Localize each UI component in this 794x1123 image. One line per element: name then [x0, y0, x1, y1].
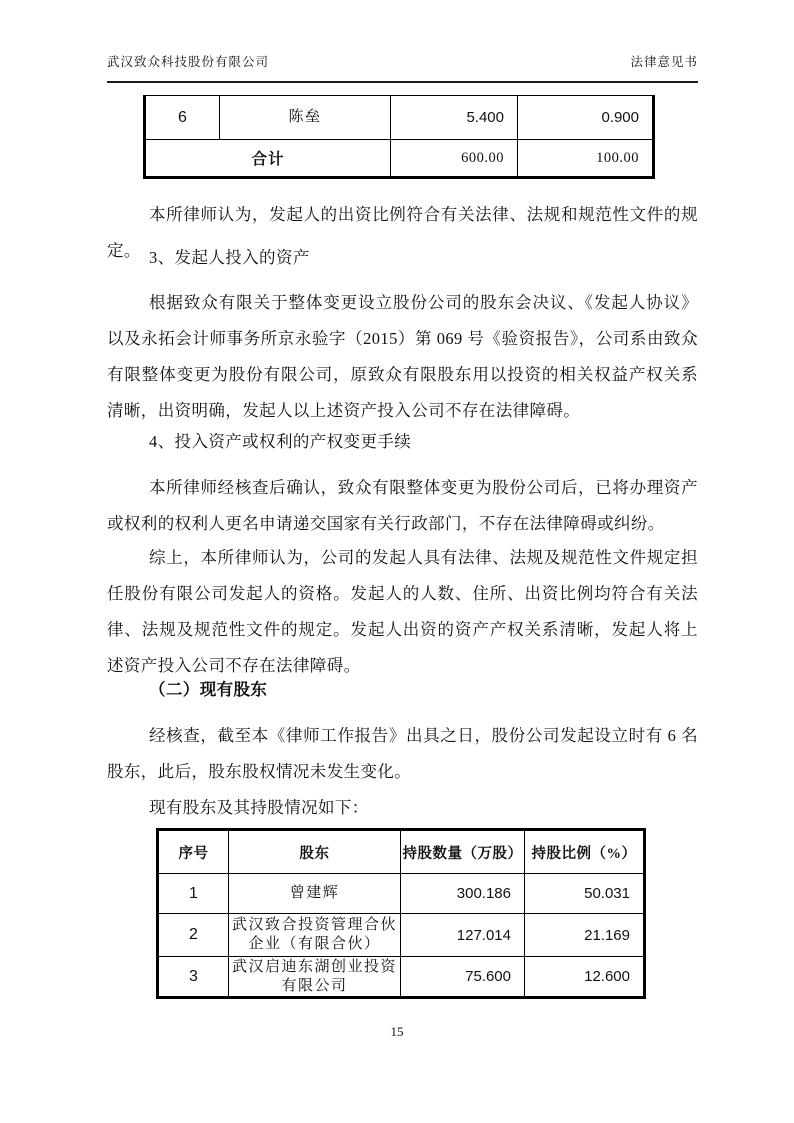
total-label: 合计: [145, 140, 391, 178]
shareholder-shares: 300.186: [401, 874, 525, 914]
shareholder-name: 武汉致合投资管理合伙企业（有限合伙）: [229, 914, 401, 957]
paragraph-transfer-detail: 本所律师经核查后确认，致众有限整体变更为股份公司后，已将办理资产或权利的权利人更…: [107, 470, 698, 542]
page-number: 15: [0, 1024, 794, 1040]
table-total-row: 合计 600.00 100.00: [145, 140, 654, 178]
table-header-row: 序号 股东 持股数量（万股） 持股比例（%）: [158, 830, 645, 874]
shareholder-index: 1: [158, 874, 229, 914]
shareholder-ratio: 12.600: [525, 957, 645, 998]
table-row: 3 武汉启迪东湖创业投资有限公司 75.600 12.600: [158, 957, 645, 998]
shareholder-name: 武汉启迪东湖创业投资有限公司: [229, 957, 401, 998]
heading-section-2-current-shareholders: （二）现有股东: [107, 672, 698, 708]
document-page: 武汉致众科技股份有限公司 法律意见书 6 陈垒 5.400 0.900 合计 6…: [0, 0, 794, 1123]
table-row: 1 曾建辉 300.186 50.031: [158, 874, 645, 914]
founder-ratio: 0.900: [518, 96, 654, 140]
table-row: 6 陈垒 5.400 0.900: [145, 96, 654, 140]
shareholder-shares: 127.014: [401, 914, 525, 957]
total-ratio: 100.00: [518, 140, 654, 178]
header-company-name: 武汉致众科技股份有限公司: [107, 52, 269, 70]
column-header-shareholder: 股东: [229, 830, 401, 874]
paragraph-shareholders-verification: 经核查，截至本《律师工作报告》出具之日，股份公司发起设立时有 6 名股东，此后，…: [107, 718, 698, 790]
heading-3-assets: 3、发起人投入的资产: [107, 240, 698, 276]
founder-name: 陈垒: [220, 96, 391, 140]
paragraph-assets-detail: 根据致众有限关于整体变更设立股份公司的股东会决议、《发起人协议》以及永拓会计师事…: [107, 285, 698, 429]
column-header-shares: 持股数量（万股）: [401, 830, 525, 874]
shareholder-index: 2: [158, 914, 229, 957]
table-row: 2 武汉致合投资管理合伙企业（有限合伙） 127.014 21.169: [158, 914, 645, 957]
shareholder-shares: 75.600: [401, 957, 525, 998]
heading-4-transfer-procedure: 4、投入资产或权利的产权变更手续: [107, 424, 698, 460]
header-doc-type: 法律意见书: [630, 52, 698, 70]
page-header: 武汉致众科技股份有限公司 法律意见书: [107, 52, 698, 83]
paragraph-shareholding-intro: 现有股东及其持股情况如下：: [107, 790, 698, 826]
column-header-ratio: 持股比例（%）: [525, 830, 645, 874]
founders-table-continuation: 6 陈垒 5.400 0.900 合计 600.00 100.00: [143, 95, 655, 179]
shareholder-ratio: 50.031: [525, 874, 645, 914]
shareholder-index: 3: [158, 957, 229, 998]
total-amount: 600.00: [391, 140, 518, 178]
shareholder-ratio: 21.169: [525, 914, 645, 957]
shareholders-table: 序号 股东 持股数量（万股） 持股比例（%） 1 曾建辉 300.186 50.…: [156, 828, 646, 999]
founder-index: 6: [145, 96, 220, 140]
paragraph-summary-opinion: 综上，本所律师认为，公司的发起人具有法律、法规及规范性文件规定担任股份有限公司发…: [107, 540, 698, 684]
founder-amount: 5.400: [391, 96, 518, 140]
shareholder-name: 曾建辉: [229, 874, 401, 914]
column-header-index: 序号: [158, 830, 229, 874]
